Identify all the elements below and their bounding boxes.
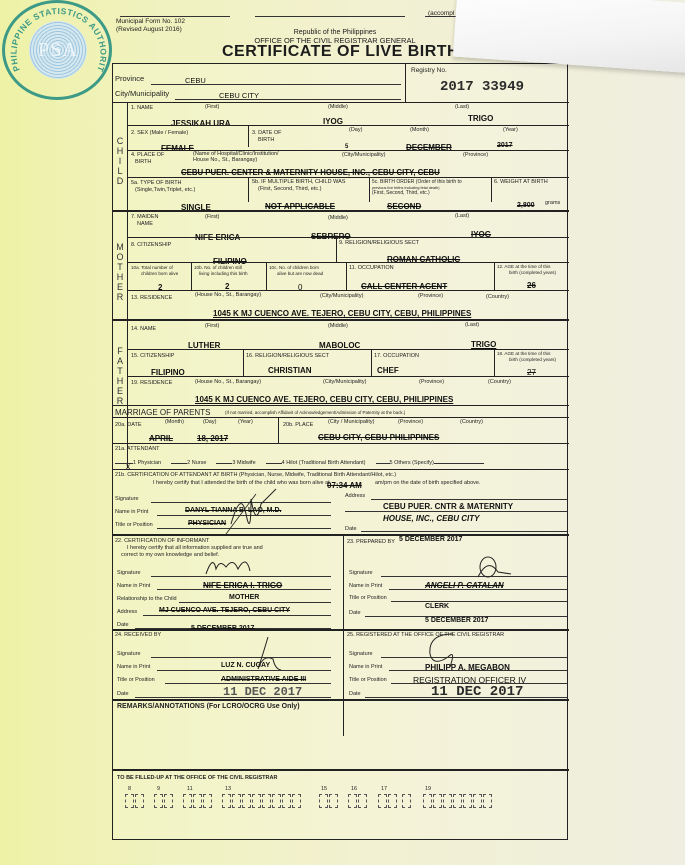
psa-seal: PSA PHILIPPINE STATISTICS AUTHORITY xyxy=(2,0,112,100)
divider xyxy=(243,349,244,376)
province-value: CEBU xyxy=(185,76,206,85)
city-line xyxy=(175,99,401,100)
top-rule-left xyxy=(120,16,230,17)
center-divider xyxy=(343,534,344,736)
code-box[interactable] xyxy=(358,794,367,808)
code-box[interactable] xyxy=(433,794,442,808)
name-label: Name in Print xyxy=(349,583,382,590)
child-last-name: TRIGO xyxy=(468,114,493,123)
divider xyxy=(248,125,249,147)
children-born-alive-label-2: children born alive xyxy=(141,271,178,278)
registered-label: 25. REGISTERED AT THE OFFICE OF THE CIVI… xyxy=(347,632,504,639)
attendant-option-midwife[interactable]: 3 Midwife xyxy=(216,460,255,467)
registrar-name-value: PHILIPP A. MEGABON xyxy=(425,663,510,672)
code-box[interactable] xyxy=(378,794,387,808)
code-box[interactable] xyxy=(272,794,281,808)
pob-sublabel-2: House No., St., Barangay) xyxy=(193,157,257,164)
attendant-cert-text-2: am/pm on the date of birth specified abo… xyxy=(375,480,480,487)
birth-weight-value: 2,800 xyxy=(517,202,535,209)
signature-line xyxy=(151,657,331,658)
attendant-address-line1: CEBU PUER. CNTR & MATERNITY xyxy=(383,502,513,511)
maiden-name-label-2: NAME xyxy=(137,221,153,228)
relationship-line xyxy=(179,602,331,603)
preparer-name-value: ANGELI P. CATALAN xyxy=(425,581,504,590)
divider xyxy=(113,469,569,470)
code-box[interactable] xyxy=(252,794,261,808)
province-label: Province xyxy=(115,76,144,83)
code-box[interactable] xyxy=(232,794,241,808)
res-country-label: (Country) xyxy=(488,379,511,386)
relationship-label: Relationship to the Child xyxy=(117,596,177,603)
attendant-option-hilot[interactable]: 4 Hilot (Traditional Birth Attendant) xyxy=(266,460,366,467)
name-line xyxy=(157,670,331,671)
svg-text:PHILIPPINE STATISTICS AUTHORIT: PHILIPPINE STATISTICS AUTHORITY xyxy=(2,0,109,74)
divider xyxy=(278,417,279,443)
remarks-label: REMARKS/ANNOTATIONS (For LCRO/OCRG Use O… xyxy=(117,704,300,711)
pob-city-label: (City/Municipality) xyxy=(342,152,385,159)
place-of-birth-value: CEBU PUER. CENTER & MATERNITY HOUSE, INC… xyxy=(181,168,440,177)
divider xyxy=(494,349,495,376)
title-line xyxy=(157,528,331,529)
attendant-option-nurse[interactable]: 2 Nurse xyxy=(171,460,206,467)
divider xyxy=(127,290,569,291)
father-religion-label: 16. RELIGION/RELIGIOUS SECT xyxy=(246,353,329,360)
birth-year-value: 2017 xyxy=(497,142,513,149)
father-occupation-label: 17. OCCUPATION xyxy=(374,353,419,360)
weight-unit: grams xyxy=(545,200,560,207)
informant-relationship-value: MOTHER xyxy=(229,594,259,601)
res-province-label: (Province) xyxy=(419,379,444,386)
father-section-label: FATHER xyxy=(114,346,126,406)
father-age-label-2: birth (completed years) xyxy=(509,357,556,364)
divider xyxy=(127,177,569,178)
code-box[interactable] xyxy=(203,794,212,808)
mother-age-value: 26 xyxy=(527,281,536,290)
divider xyxy=(127,125,569,126)
children-dead-label-2: alive but are now dead xyxy=(277,271,323,278)
child-name-label: 1. NAME xyxy=(131,105,153,112)
code-box[interactable] xyxy=(292,794,301,808)
mother-section-end xyxy=(113,319,569,321)
marriage-place-value: CEBU CITY, CEBU PHILIPPINES xyxy=(318,433,439,442)
code-box[interactable] xyxy=(388,794,397,808)
res-house-label: (House No., St., Barangay) xyxy=(195,379,261,386)
first-label: (First) xyxy=(205,214,219,221)
date-label: Date xyxy=(345,526,357,533)
divider xyxy=(371,349,372,376)
code-box[interactable] xyxy=(183,794,192,808)
divider xyxy=(266,262,267,290)
prepared-by-label: 23. PREPARED BY xyxy=(347,539,395,546)
child-first-name: JESSIKAH URA xyxy=(171,119,231,128)
res-city-label: (City/Municipality) xyxy=(323,379,366,386)
mother-citizenship-label: 8. CITIZENSHIP xyxy=(131,242,171,249)
father-residence-value: 1045 K MJ CUENCO AVE. TEJERO, CEBU CITY,… xyxy=(195,395,453,404)
registry-divider xyxy=(405,64,406,102)
registrar-use-label: TO BE FILLED-UP AT THE OFFICE OF THE CIV… xyxy=(117,775,277,782)
signature-line xyxy=(151,502,331,503)
birth-time-value: 07:34 AM xyxy=(327,481,362,490)
code-box[interactable] xyxy=(329,794,338,808)
child-section-end xyxy=(113,210,569,212)
divider xyxy=(113,443,569,444)
year-label: (Year) xyxy=(503,127,518,134)
address-label: Address xyxy=(345,493,365,500)
receiver-name-value: LUZ N. CUGAY xyxy=(221,662,270,669)
res-country-label: (Country) xyxy=(486,294,509,301)
title-line xyxy=(165,683,331,684)
field-9-label: 9 xyxy=(157,786,160,793)
day-label: (Day) xyxy=(349,127,362,134)
signature-line xyxy=(381,657,567,658)
date-label: Date xyxy=(349,610,361,617)
code-box[interactable] xyxy=(262,794,271,808)
informant-text: I hereby certify that all information su… xyxy=(127,545,263,552)
middle-label: (Middle) xyxy=(328,215,348,222)
last-label: (Last) xyxy=(455,104,469,111)
divider xyxy=(113,417,569,418)
mother-residence-value: 1045 K MJ CUENCO AVE. TEJERO, CEBU CITY,… xyxy=(213,309,471,318)
middle-label: (Middle) xyxy=(328,104,348,111)
pob-province-label: (Province) xyxy=(463,152,488,159)
code-box[interactable] xyxy=(402,794,411,808)
address-line xyxy=(371,499,567,500)
mother-age-label-2: birth (completed years) xyxy=(509,270,556,277)
date-line xyxy=(361,531,567,532)
field-17-label: 17 xyxy=(381,786,387,793)
signature-label: Signature xyxy=(349,570,373,577)
prepared-top-date: 5 DECEMBER 2017 xyxy=(399,536,462,543)
code-box[interactable] xyxy=(453,794,462,808)
city-value: CEBU CITY xyxy=(219,91,259,100)
title-label: Title or Position xyxy=(349,677,387,684)
signature-label: Signature xyxy=(115,496,139,503)
field-11-label: 11 xyxy=(187,786,193,793)
document-title: CERTIFICATE OF LIVE BIRTH xyxy=(222,43,459,61)
field-13-label: 13 xyxy=(225,786,231,793)
dob-label-2: BIRTH xyxy=(258,137,274,144)
code-box[interactable] xyxy=(348,794,357,808)
dob-label: 3. DATE OF xyxy=(252,130,282,137)
field-15-label: 15 xyxy=(321,786,327,793)
pob-label: 4. PLACE OF xyxy=(131,152,164,159)
title-line xyxy=(391,601,567,602)
form-revision: (Revised August 2016) xyxy=(116,26,182,34)
top-rule-center xyxy=(255,16,405,17)
code-box[interactable] xyxy=(423,794,432,808)
divider xyxy=(127,237,569,238)
name-label: Name in Print xyxy=(349,664,382,671)
name-label: Name in Print xyxy=(117,583,150,590)
mother-section-label: MOTHER xyxy=(114,242,126,302)
multiple-birth-label: 5b. IF MULTIPLE BIRTH, CHILD WAS xyxy=(252,179,345,186)
divider xyxy=(113,699,569,701)
field-19-label: 19 xyxy=(425,786,431,793)
month-label: (Month) xyxy=(410,127,429,134)
marriage-date-label: 20a. DATE xyxy=(115,422,142,429)
date-label: Date xyxy=(349,691,361,698)
code-box[interactable] xyxy=(222,794,231,808)
divider xyxy=(491,177,492,202)
code-box[interactable] xyxy=(125,794,134,808)
code-box[interactable] xyxy=(282,794,291,808)
marriage-note: (If not married, accomplish Affidavit of… xyxy=(225,410,405,417)
name-line xyxy=(157,515,331,516)
first-label: (First) xyxy=(205,323,219,330)
registrar-date-stamp: 11 DEC 2017 xyxy=(431,684,523,700)
attendant-option-others[interactable]: 5 Others (Specify) xyxy=(376,460,484,467)
marriage-heading: MARRIAGE OF PARENTS xyxy=(115,408,210,417)
code-box[interactable] xyxy=(473,794,482,808)
receiver-date-stamp: 11 DEC 2017 xyxy=(223,685,302,699)
registrar-code-boxes: 8 9 11 13 15 16 17 19 xyxy=(125,786,565,818)
attendant-name-value: DANYL TIANNA B. LAO, M.D. xyxy=(185,507,281,514)
preparer-date-value: 5 DECEMBER 2017 xyxy=(425,617,488,624)
multiple-birth-sublabel: (First, Second, Third, etc.) xyxy=(258,186,321,193)
divider xyxy=(346,262,347,290)
last-label: (Last) xyxy=(455,213,469,220)
informant-text-2: correct to my own knowledge and belief. xyxy=(121,552,219,559)
informant-name-value: NIFE ERICA I. TRIGO xyxy=(203,581,282,590)
divider xyxy=(127,349,569,350)
birth-certificate-form: Province CEBU City/Municipality CEBU CIT… xyxy=(112,63,568,840)
title-label: Title or Position xyxy=(349,595,387,602)
province-label: (Province) xyxy=(398,419,423,426)
weight-label: 6. WEIGHT AT BIRTH xyxy=(494,179,548,186)
address-label: Address xyxy=(117,609,137,616)
registry-label: Registry No. xyxy=(411,68,447,75)
divider xyxy=(494,262,495,290)
res-province-label: (Province) xyxy=(418,293,443,300)
middle-label: (Middle) xyxy=(328,323,348,330)
signature-line xyxy=(151,576,331,577)
child-section-label: CHILD xyxy=(114,136,126,186)
city-label: City/Municipality xyxy=(115,91,169,98)
divider xyxy=(248,177,249,202)
marriage-day-year-value: 18, 2017 xyxy=(197,434,228,443)
attendant-option-physician[interactable]: X1 Physician xyxy=(115,460,161,467)
date-label: Date xyxy=(117,691,129,698)
marriage-place-label: 20b. PLACE xyxy=(283,422,313,429)
mother-residence-label: 13. RESIDENCE xyxy=(131,295,172,302)
birth-order-sublabel-2: (First, Second, Third, etc.) xyxy=(372,190,430,197)
sex-label: 2. SEX (Male / Female) xyxy=(131,130,188,137)
city-label: (City / Municipality) xyxy=(328,419,374,426)
father-citizenship-label: 15. CITIZENSHIP xyxy=(131,353,174,360)
attendant-title-value: PHYSICIAN xyxy=(188,520,226,527)
informant-label: 22. CERTIFICATION OF INFORMANT xyxy=(115,538,209,545)
birth-type-label: 5a. TYPE OF BIRTH xyxy=(131,180,182,187)
field-16-label: 16 xyxy=(351,786,357,793)
divider xyxy=(127,262,569,263)
mother-occupation-label: 11. OCCUPATION xyxy=(349,265,394,272)
birth-type-sublabel: (Single,Twin,Triplet, etc.) xyxy=(135,187,195,194)
divider xyxy=(113,769,569,771)
name-label: Name in Print xyxy=(115,509,148,516)
code-box[interactable] xyxy=(242,794,251,808)
attendant-label: 21a. ATTENDANT xyxy=(115,446,160,453)
divider xyxy=(336,237,337,262)
field-8-label: 8 xyxy=(128,786,131,793)
country-label: (Country) xyxy=(460,419,483,426)
code-box[interactable] xyxy=(443,794,452,808)
day-label: (Day) xyxy=(203,419,216,426)
address-line xyxy=(143,615,331,616)
code-box[interactable] xyxy=(319,794,328,808)
registry-number: 2017 33949 xyxy=(440,79,524,95)
code-box[interactable] xyxy=(463,794,472,808)
form-number: Municipal Form No. 102 xyxy=(116,18,185,26)
divider xyxy=(113,629,569,631)
code-box[interactable] xyxy=(135,794,144,808)
name-label: Name in Print xyxy=(117,664,150,671)
mother-religion-label: 9. RELIGION/RELIGIOUS SECT xyxy=(339,240,419,247)
child-sex-value: FEMALE xyxy=(161,144,194,153)
attendant-cert-label: 21b. CERTIFICATION OF ATTENDANT AT BIRTH… xyxy=(115,472,396,479)
date-label: Date xyxy=(117,622,129,629)
preparer-title-value: CLERK xyxy=(425,603,449,610)
pob-label-2: BIRTH xyxy=(135,159,151,166)
father-residence-label: 19. RESIDENCE xyxy=(131,380,172,387)
attendant-options: X1 Physician 2 Nurse 3 Midwife 4 Hilot (… xyxy=(115,460,484,467)
divider xyxy=(191,262,192,290)
signature-label: Signature xyxy=(349,651,373,658)
psa-seal-ring-text: PHILIPPINE STATISTICS AUTHORITY xyxy=(2,0,112,100)
father-religion-value: CHRISTIAN xyxy=(268,366,312,375)
code-box[interactable] xyxy=(193,794,202,808)
code-box[interactable] xyxy=(154,794,163,808)
maiden-name-label: 7. MAIDEN xyxy=(131,214,159,221)
signature-label: Signature xyxy=(117,570,141,577)
code-box[interactable] xyxy=(164,794,173,808)
divider xyxy=(369,177,370,202)
father-name-label: 14. NAME xyxy=(131,326,156,333)
received-by-label: 24. RECEIVED BY xyxy=(115,632,161,639)
father-occupation-value: CHEF xyxy=(377,366,399,375)
signature-line xyxy=(381,576,567,577)
month-label: (Month) xyxy=(165,419,184,426)
marriage-month-value: APRIL xyxy=(149,434,173,443)
father-section-end xyxy=(113,405,569,406)
first-label: (First) xyxy=(205,104,219,111)
children-living-label-2: living including this birth xyxy=(199,271,248,278)
res-house-label: (House No., St., Barangay) xyxy=(195,292,261,299)
signature-label: Signature xyxy=(117,651,141,658)
attendant-cert-text: I hereby certify that I attended the bir… xyxy=(153,480,330,487)
address-line-2 xyxy=(345,511,567,512)
divider xyxy=(127,376,569,377)
remarks-area[interactable] xyxy=(113,712,569,768)
informant-address-value: MJ CUENCO AVE. TEJERO, CEBU CITY xyxy=(159,607,290,614)
last-label: (Last) xyxy=(465,322,479,329)
attendant-address-line2: HOUSE, INC., CEBU CITY xyxy=(383,514,479,523)
father-last-name: TRIGO xyxy=(471,340,496,349)
year-label: (Year) xyxy=(238,419,253,426)
code-box[interactable] xyxy=(483,794,492,808)
accomplish-fragment: (accompl xyxy=(428,10,454,18)
receiver-title-value: ADMINISTRATIVE AIDE III xyxy=(221,676,306,683)
res-city-label: (City/Municipality) xyxy=(320,293,363,300)
title-label: Title or Position xyxy=(115,522,153,529)
divider xyxy=(113,534,569,536)
title-label: Title or Position xyxy=(117,677,155,684)
divider xyxy=(113,102,569,103)
